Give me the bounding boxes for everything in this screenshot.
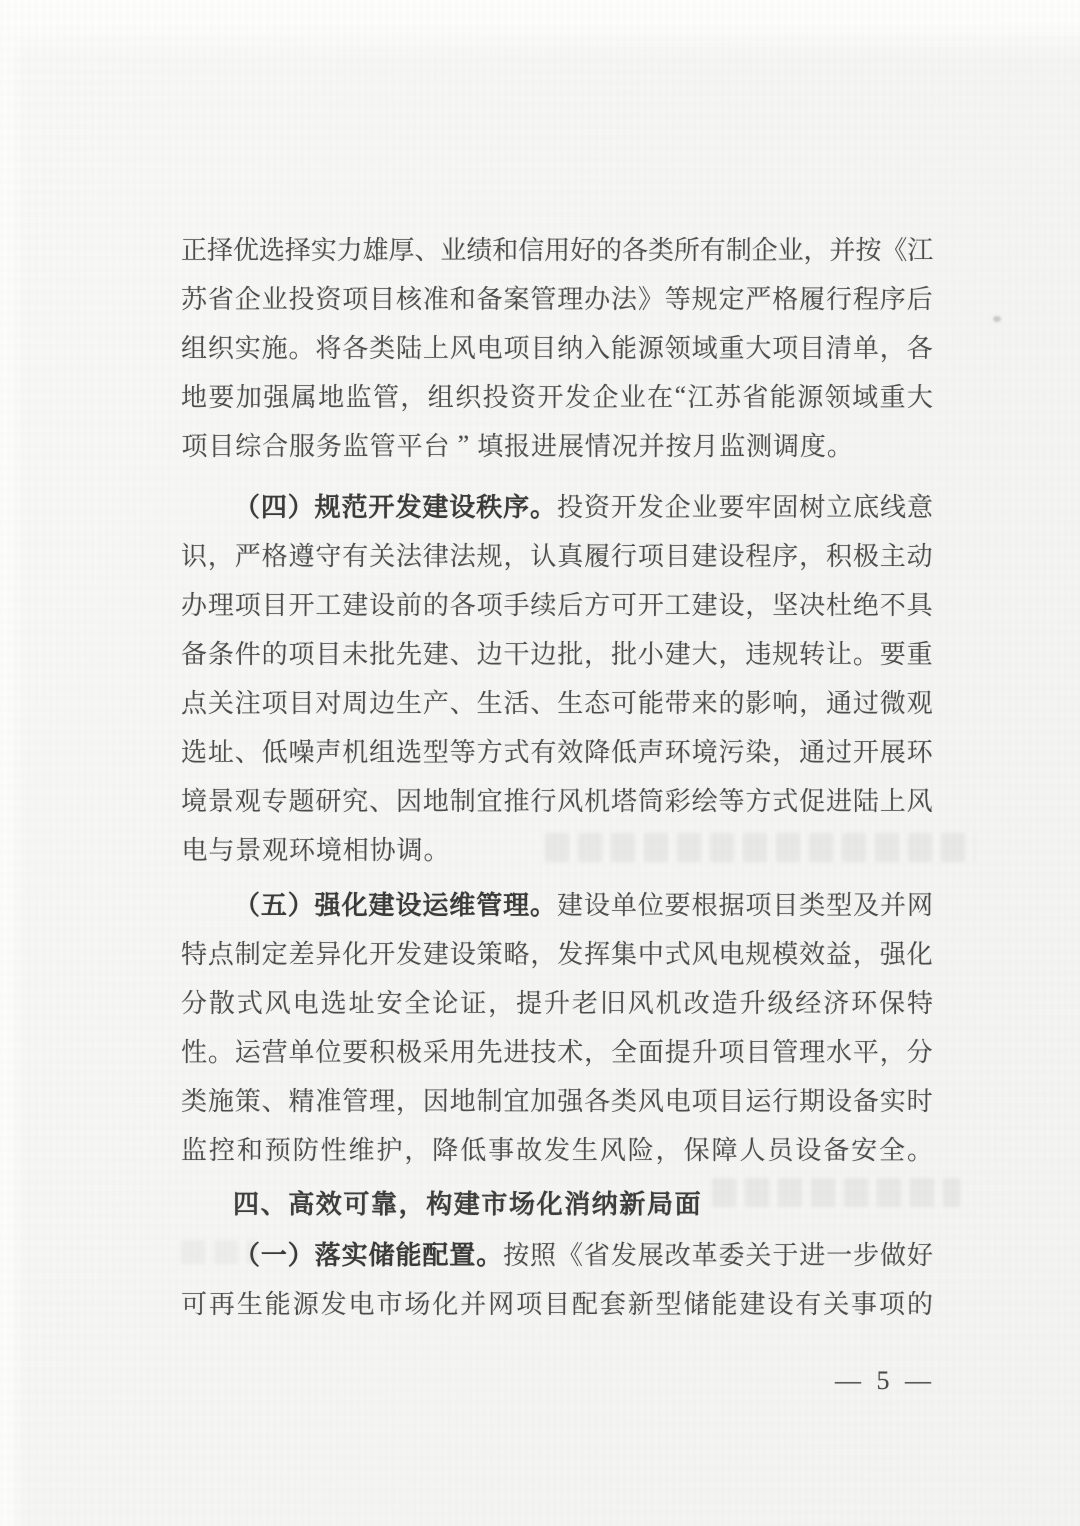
text-line: 监控和预防性维护，降低事故发生风险，保障人员设备安全。 <box>181 1124 933 1173</box>
document-text-block: 正择优选择实力雄厚、业绩和信用好的各类所有制企业，并按《江苏省企业投资项目核准和… <box>181 224 933 1327</box>
text-line: 识，严格遵守有关法律法规，认真履行项目建设程序，积极主动 <box>181 530 933 579</box>
text-line: 备条件的项目未批先建、边干边批，批小建大，违规转让。要重 <box>181 628 933 677</box>
text-line: （五）强化建设运维管理。建设单位要根据项目类型及并网 <box>181 879 933 928</box>
heading-block: 四、高效可靠，构建市场化消纳新局面 <box>181 1178 933 1227</box>
paragraph-block: （一）落实储能配置。按照《省发展改革委关于进一步做好可再生能源发电市场化并网项目… <box>181 1229 933 1327</box>
text-line: 境景观专题研究、因地制宜推行风机塔筒彩绘等方式促进陆上风 <box>181 775 933 824</box>
paragraph-block: （五）强化建设运维管理。建设单位要根据项目类型及并网特点制定差异化开发建设策略，… <box>181 879 933 1173</box>
section-heading-text: 四、高效可靠，构建市场化消纳新局面 <box>233 1184 702 1221</box>
paragraph-block: 正择优选择实力雄厚、业绩和信用好的各类所有制企业，并按《江苏省企业投资项目核准和… <box>181 224 933 469</box>
text-line: 组织实施。将各类陆上风电项目纳入能源领域重大项目清单，各 <box>181 322 933 371</box>
paragraph-block: （四）规范开发建设秩序。投资开发企业要牢固树立底线意识，严格遵守有关法律法规，认… <box>181 481 933 873</box>
text-line: 类施策、精准管理，因地制宜加强各类风电项目运行期设备实时 <box>181 1075 933 1124</box>
text-line: 点关注项目对周边生产、生活、生态可能带来的影响，通过微观 <box>181 677 933 726</box>
scanned-document-page: 正择优选择实力雄厚、业绩和信用好的各类所有制企业，并按《江苏省企业投资项目核准和… <box>0 0 1080 1526</box>
text-line: 电与景观环境相协调。 <box>181 824 933 873</box>
text-line: 分散式风电选址安全论证，提升老旧风机改造升级经济环保特 <box>181 977 933 1026</box>
text-line: 性。运营单位要积极采用先进技术，全面提升项目管理水平，分 <box>181 1026 933 1075</box>
text-line: 地要加强属地监管，组织投资开发企业在“江苏省能源领域重大 <box>181 371 933 420</box>
text-line: 正择优选择实力雄厚、业绩和信用好的各类所有制企业，并按《江 <box>181 224 933 273</box>
text-line: 项目综合服务监管平台”填报进展情况并按月监测调度。 <box>181 420 933 469</box>
page-number: — 5 — <box>181 1366 931 1396</box>
scan-speck-artifact <box>993 316 1001 322</box>
text-line: （一）落实储能配置。按照《省发展改革委关于进一步做好 <box>181 1229 933 1278</box>
text-line: 苏省企业投资项目核准和备案管理办法》等规定严格履行程序后 <box>181 273 933 322</box>
section-heading: 四、高效可靠，构建市场化消纳新局面 <box>181 1178 933 1227</box>
text-line: 选址、低噪声机组选型等方式有效降低声环境污染，通过开展环 <box>181 726 933 775</box>
text-line: 办理项目开工建设前的各项手续后方可开工建设，坚决杜绝不具 <box>181 579 933 628</box>
text-line: （四）规范开发建设秩序。投资开发企业要牢固树立底线意 <box>181 481 933 530</box>
text-line: 可再生能源发电市场化并网项目配套新型储能建设有关事项的 <box>181 1278 933 1327</box>
text-line: 特点制定差异化开发建设策略，发挥集中式风电规模效益，强化 <box>181 928 933 977</box>
